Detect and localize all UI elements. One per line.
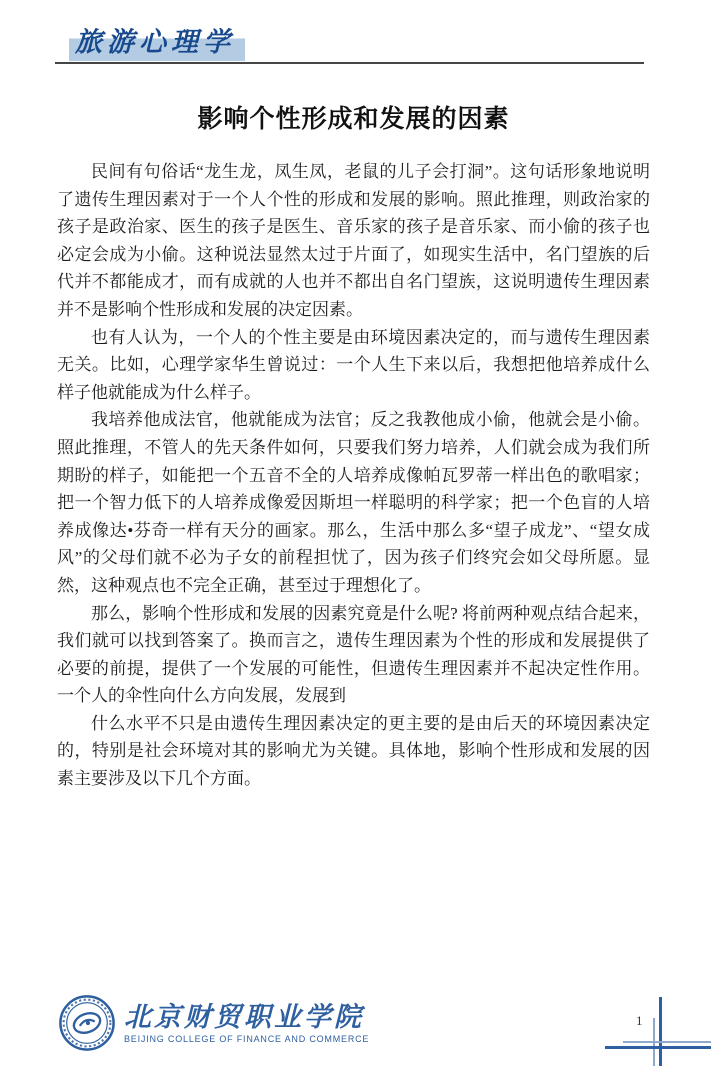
- body-paragraph: 我培养他成法官，他就能成为法官；反之我教他成小偷，他就会是小偷。照此推理，不管人…: [57, 406, 650, 599]
- college-logo: 北京财贸职业学院 BEIJING COLLEGE OF FINANCE AND …: [58, 994, 369, 1052]
- header-rule: [55, 62, 644, 64]
- body-text-block: 民间有句俗话“龙生龙，凤生凤，老鼠的儿子会打洞”。这句话形象地说明了遗传生理因素…: [57, 158, 650, 793]
- college-name: 北京财贸职业学院 BEIJING COLLEGE OF FINANCE AND …: [124, 1002, 369, 1044]
- body-paragraph: 也有人认为，一个人的个性主要是由环境因素决定的，而与遗传生理因素无关。比如，心理…: [57, 324, 650, 407]
- document-page: 旅游心理学 影响个性形成和发展的因素 民间有句俗话“龙生龙，凤生凤，老鼠的儿子会…: [0, 0, 711, 1066]
- decor-line-horizontal-light: [623, 1041, 711, 1043]
- body-paragraph: 什么水平不只是由遗传生理因素决定的更主要的是由后天的环境因素决定的，特别是社会环…: [57, 710, 650, 793]
- body-paragraph: 那么，影响个性形成和发展的因素究竟是什么呢? 将前两种观点结合起来，我们就可以找…: [57, 600, 650, 710]
- college-seal-icon: [58, 994, 116, 1052]
- decor-line-vertical-dark: [659, 997, 662, 1066]
- college-name-cn: 北京财贸职业学院: [124, 1002, 369, 1032]
- college-name-en: BEIJING COLLEGE OF FINANCE AND COMMERCE: [124, 1034, 369, 1044]
- page-number: 1: [636, 1013, 643, 1029]
- body-paragraph: 民间有句俗话“龙生龙，凤生凤，老鼠的儿子会打洞”。这句话形象地说明了遗传生理因素…: [57, 158, 650, 324]
- decor-line-horizontal-dark: [605, 1046, 711, 1049]
- book-header-title: 旅游心理学: [69, 20, 245, 61]
- page-title: 影响个性形成和发展的因素: [57, 99, 650, 135]
